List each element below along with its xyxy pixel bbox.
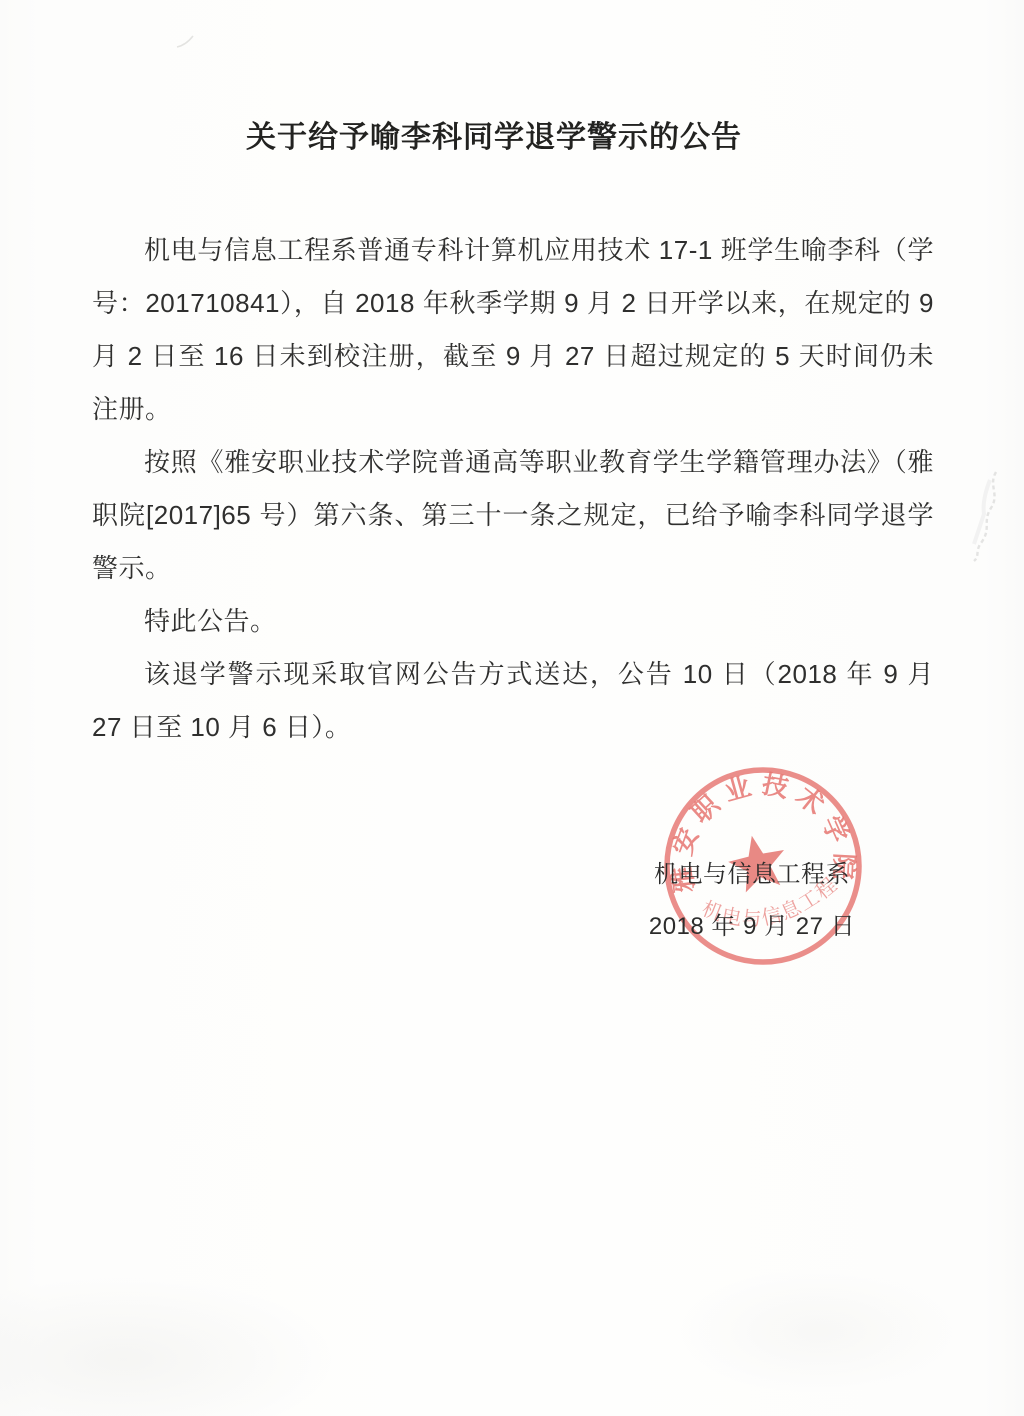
notice-paragraph-3: 特此公告。: [92, 595, 934, 648]
signature-block: 机电与信息工程系 2018 年 9 月 27 日: [622, 849, 882, 953]
notice-title: 关于给予喻李科同学退学警示的公告: [0, 116, 988, 160]
signature-department: 机电与信息工程系: [622, 849, 882, 901]
scanned-notice-page: 关于给予喻李科同学退学警示的公告 机电与信息工程系普通专科计算机应用技术 17-…: [0, 0, 1024, 1416]
notice-paragraph-1: 机电与信息工程系普通专科计算机应用技术 17-1 班学生喻李科（学号：20171…: [92, 224, 934, 436]
notice-paragraph-4: 该退学警示现采取官网公告方式送达，公告 10 日（2018 年 9 月 27 日…: [92, 648, 934, 754]
scan-smudge-right-soft: [974, 480, 990, 544]
signature-date: 2018 年 9 月 27 日: [622, 901, 882, 953]
scan-smudge-right: [974, 472, 996, 561]
notice-paragraph-2: 按照《雅安职业技术学院普通高等职业教育学生学籍管理办法》（雅职院[2017]65…: [92, 436, 934, 595]
scan-smudge-top: [177, 36, 193, 47]
notice-body: 机电与信息工程系普通专科计算机应用技术 17-1 班学生喻李科（学号：20171…: [92, 224, 934, 754]
